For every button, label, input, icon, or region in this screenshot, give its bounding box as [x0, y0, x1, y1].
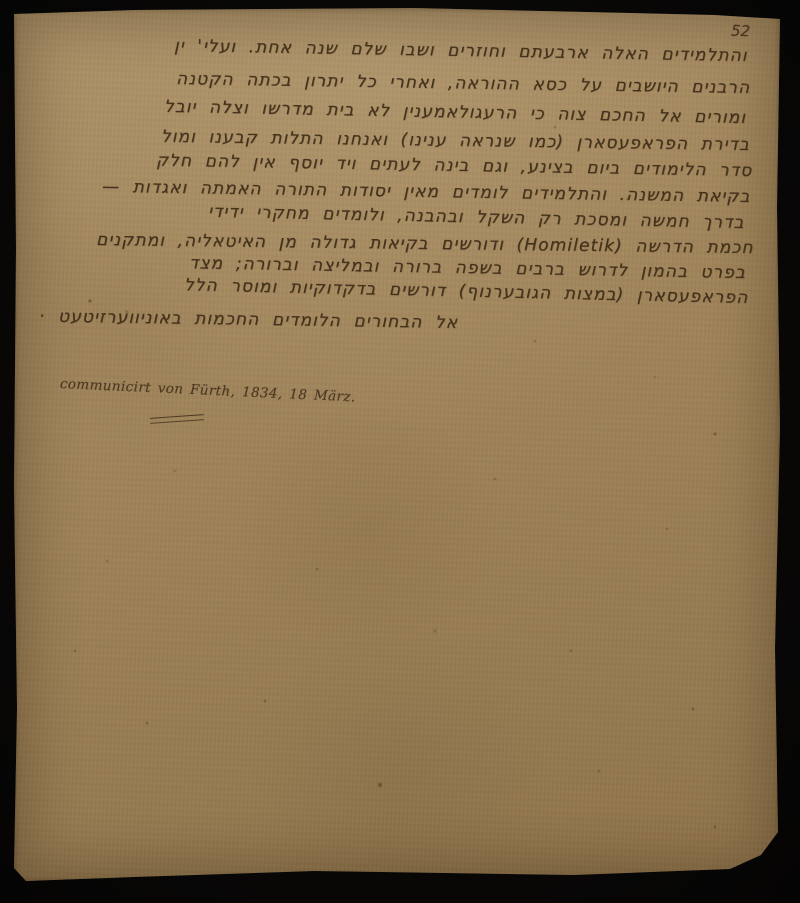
date-note: communicirt von Fürth, 1834, 18 März. — [60, 376, 356, 405]
manuscript-line-3: ומורים אל החכם צוה כי הרעגולאמענין לא בי… — [164, 97, 746, 128]
date-underline-mark — [150, 414, 204, 424]
scan-background: 52 והתלמידים האלה ארבעתם וחוזרים ושבו של… — [0, 0, 800, 903]
folio-number: 52 — [731, 22, 751, 41]
paper-speckles — [14, 8, 16, 10]
manuscript-line-5: סדר הלימודים ביום בצינע, וגם בינה לעתים … — [156, 151, 753, 181]
manuscript-page: 52 והתלמידים האלה ארבעתם וחוזרים ושבו של… — [14, 8, 780, 882]
manuscript-line-1: והתלמידים האלה ארבעתם וחוזרים ושבו שלם ש… — [174, 36, 748, 66]
manuscript-line-11: אל הבחורים הלומדים החכמות באוניווערזיטעט… — [39, 306, 458, 333]
manuscript-line-6: בקיאת המשנה. והתלמידים לומדים מאין יסודו… — [101, 177, 750, 207]
manuscript-line-4: בדירת הפראפעסארן (כמו שנראה ענינו) ואנחנ… — [161, 127, 750, 155]
manuscript-line-2: הרבנים היושבים על כסא ההוראה, ואחרי כל י… — [176, 69, 750, 98]
manuscript-line-7: בדרך חמשה ומסכת רק השקל ובהבנה, ולומדים … — [207, 202, 744, 233]
